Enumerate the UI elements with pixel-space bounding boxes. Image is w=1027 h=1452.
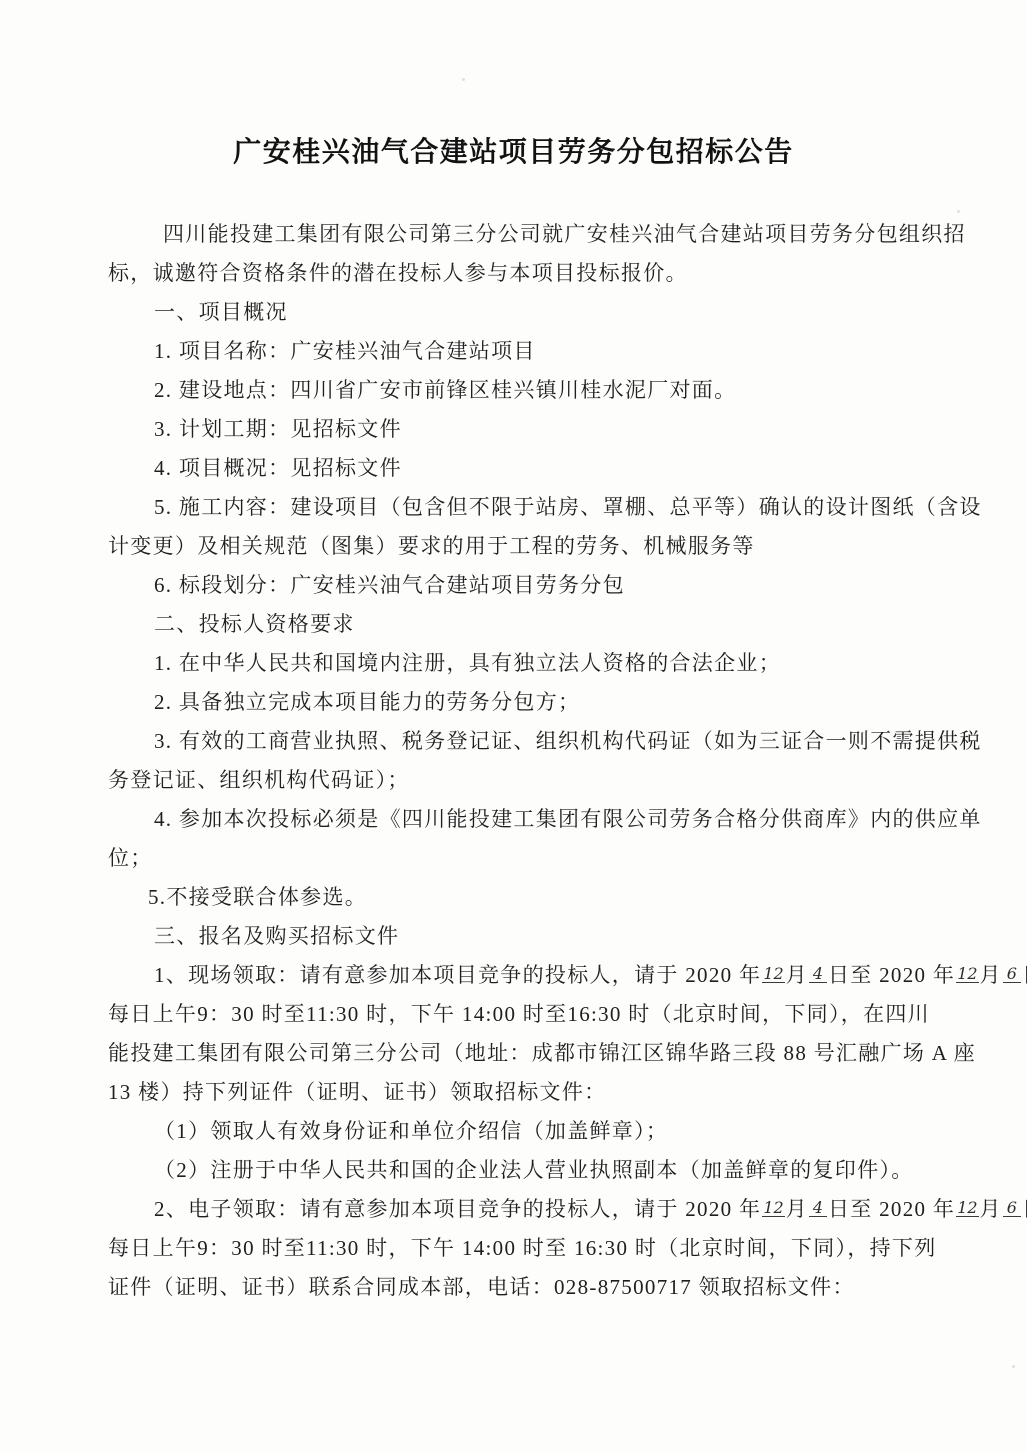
document-body: 四川能投建工集团有限公司第三分公司就广安桂兴油气合建站项目劳务分包组织招 标，诚… [108, 215, 987, 1307]
section2-item-supplier-pool-line2: 位； [108, 839, 987, 878]
required-document-2: （2）注册于中华人民共和国的企业法人营业执照副本（加盖鲜章的复印件）。 [108, 1151, 987, 1190]
electronic-pickup-line1: 2、电子领取：请有意参加本项目竞争的投标人，请于 2020 年12月4日至 20… [108, 1190, 987, 1229]
page-title: 广安桂兴油气合建站项目劳务分包招标公告 [0, 131, 1027, 173]
date-separator: 月 [980, 1197, 1002, 1221]
electronic-pickup-line2: 每日上午9：30 时至11:30 时，下午 14:00 时至 16:30 时（北… [108, 1229, 987, 1268]
section2-item-licenses-line1: 3. 有效的工商营业执照、税务登记证、组织机构代码证（如为三证合一则不需提供税 [108, 722, 987, 761]
date-separator: 月 [786, 963, 808, 987]
onsite-pickup-text: 1、现场领取：请有意参加本项目竞争的投标人，请于 2020 年 [154, 963, 761, 987]
electronic-pickup-line3-phone: 证件（证明、证书）联系合同成本部，电话：028-87500717 领取招标文件： [108, 1268, 987, 1307]
section3-heading: 三、报名及购买招标文件 [108, 917, 987, 956]
intro-line-2: 标，诚邀符合资格条件的潜在投标人参与本项目投标报价。 [108, 254, 987, 293]
onsite-pickup-line4: 13 楼）持下列证件（证明、证书）领取招标文件： [108, 1073, 987, 1112]
date-separator: 日， [1022, 963, 1027, 987]
section1-item-scope-line2: 计变更）及相关规范（图集）要求的用于工程的劳务、机械服务等 [108, 527, 987, 566]
scan-speck [1012, 1365, 1015, 1368]
scan-speck [957, 210, 960, 213]
onsite-pickup-line3: 能投建工集团有限公司第三分公司（地址：成都市锦江区锦华路三段 88 号汇融广场 … [108, 1034, 987, 1073]
intro-line-1: 四川能投建工集团有限公司第三分公司就广安桂兴油气合建站项目劳务分包组织招 [108, 215, 987, 254]
scanned-document-page: 广安桂兴油气合建站项目劳务分包招标公告 四川能投建工集团有限公司第三分公司就广安… [0, 0, 1027, 1452]
handwritten-month: 12 [762, 1200, 784, 1217]
date-separator: 日至 2020 年 [828, 1197, 955, 1221]
section2-item-no-consortium: 5.不接受联合体参选。 [108, 878, 987, 917]
section1-item-scope-line1: 5. 施工内容：建设项目（包含但不限于站房、罩棚、总平等）确认的设计图纸（含设 [108, 488, 987, 527]
date-separator: 日至 2020 年 [828, 963, 955, 987]
handwritten-day: 6 [1003, 966, 1021, 983]
onsite-pickup-line2: 每日上午9：30 时至11:30 时，下午 14:00 时至16:30 时（北京… [108, 995, 987, 1034]
onsite-pickup-line1: 1、现场领取：请有意参加本项目竞争的投标人，请于 2020 年12月4日至 20… [108, 956, 987, 995]
section2-item-registration: 1. 在中华人民共和国境内注册，具有独立法人资格的合法企业； [108, 644, 987, 683]
handwritten-month: 12 [956, 1200, 978, 1217]
handwritten-day: 6 [1003, 1200, 1021, 1217]
date-separator: 月 [786, 1197, 808, 1221]
handwritten-day: 4 [809, 966, 827, 983]
section1-item-overview: 4. 项目概况：见招标文件 [108, 449, 987, 488]
section1-heading: 一、项目概况 [108, 293, 987, 332]
section2-item-licenses-line2: 务登记证、组织机构代码证）； [108, 761, 987, 800]
section1-item-project-name: 1. 项目名称：广安桂兴油气合建站项目 [108, 332, 987, 371]
section2-item-supplier-pool-line1: 4. 参加本次投标必须是《四川能投建工集团有限公司劳务合格分供商库》内的供应单 [108, 800, 987, 839]
date-separator: 日， [1022, 1197, 1027, 1221]
section2-item-capability: 2. 具备独立完成本项目能力的劳务分包方； [108, 683, 987, 722]
scan-speck [462, 78, 465, 81]
section1-item-location: 2. 建设地点：四川省广安市前锋区桂兴镇川桂水泥厂对面。 [108, 371, 987, 410]
handwritten-month: 12 [762, 966, 784, 983]
handwritten-month: 12 [956, 966, 978, 983]
section2-heading: 二、投标人资格要求 [108, 605, 987, 644]
required-document-1: （1）领取人有效身份证和单位介绍信（加盖鲜章）； [108, 1112, 987, 1151]
electronic-pickup-text: 2、电子领取：请有意参加本项目竞争的投标人，请于 2020 年 [154, 1197, 761, 1221]
section1-item-bid-section: 6. 标段划分：广安桂兴油气合建站项目劳务分包 [108, 566, 987, 605]
date-separator: 月 [980, 963, 1002, 987]
handwritten-day: 4 [809, 1200, 827, 1217]
section1-item-schedule: 3. 计划工期：见招标文件 [108, 410, 987, 449]
